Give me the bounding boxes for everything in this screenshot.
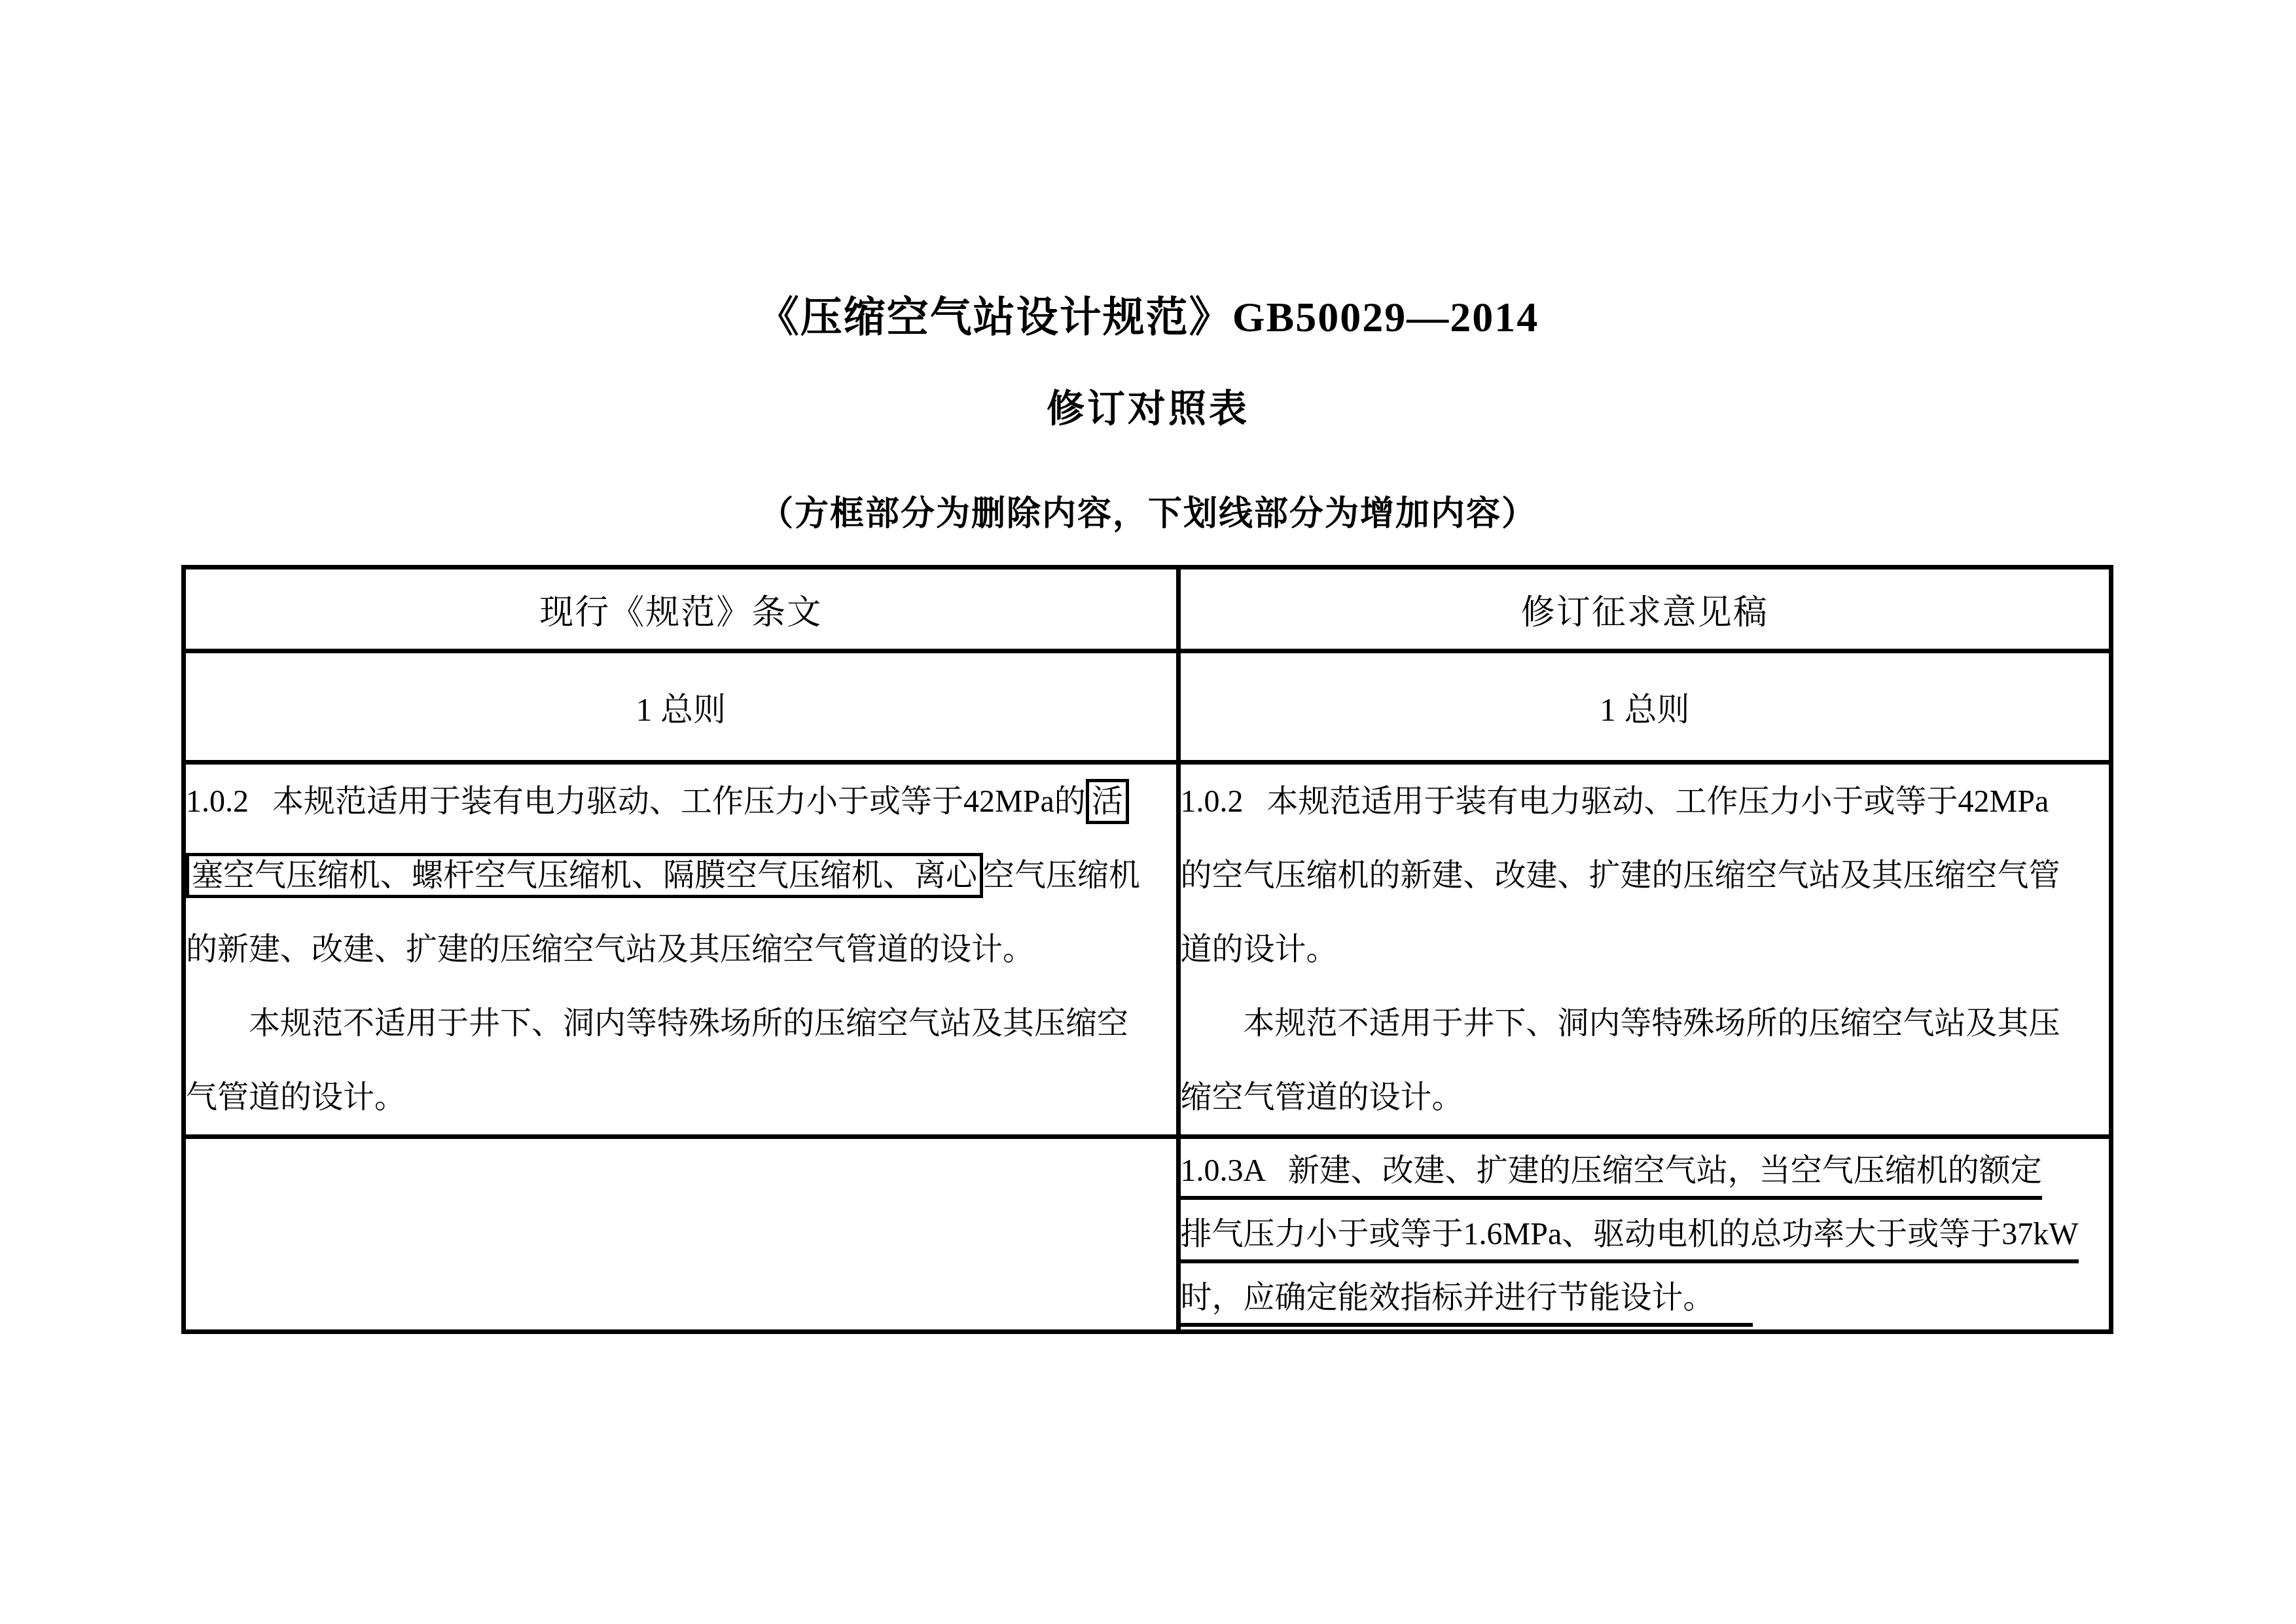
section-row: 1 总则 1 总则	[184, 651, 2111, 763]
clause-line: 时，应确定能效指标并进行节能设计。	[1181, 1266, 2109, 1329]
clause-line: 缩空气管道的设计。	[1181, 1060, 2109, 1134]
section-cell-current: 1 总则	[184, 651, 1179, 763]
page-subtitle: 修订对照表	[0, 388, 2296, 431]
clause-line: 气管道的设计。	[186, 1060, 1176, 1134]
page-title: 《压缩空气站设计规范》GB50029—2014	[0, 293, 2296, 342]
clause-line: 1.0.3A 新建、改建、扩建的压缩空气站，当空气压缩机的额定	[1181, 1139, 2109, 1202]
legend-note: （方框部分为删除内容，下划线部分为增加内容）	[0, 495, 2296, 534]
added-text-underlined: 时，应确定能效指标并进行节能设计。	[1181, 1272, 1753, 1327]
header-cell-current-code: 现行《规范》条文	[184, 568, 1179, 651]
header-cell-revision-draft: 修订征求意见稿	[1178, 568, 2111, 651]
added-text-underlined: 排气压力小于或等于1.6MPa、驱动电机的总功率大于或等于37kW	[1181, 1208, 2079, 1263]
clause-103a-revised-cell: 1.0.3A 新建、改建、扩建的压缩空气站，当空气压缩机的额定 排气压力小于或等…	[1178, 1137, 2111, 1332]
clause-line: 1.0.2 本规范适用于装有电力驱动、工作压力小于或等于42MPa的活	[186, 765, 1176, 839]
clause-line: 1.0.2 本规范适用于装有电力驱动、工作压力小于或等于42MPa	[1181, 765, 2109, 839]
clause-103a-current-cell-empty	[184, 1137, 1179, 1332]
clause-text: 空气压缩机	[983, 858, 1140, 893]
clause-103a-row: 1.0.3A 新建、改建、扩建的压缩空气站，当空气压缩机的额定 排气压力小于或等…	[184, 1137, 2111, 1332]
deleted-text-box: 塞空气压缩机、螺杆空气压缩机、隔膜空气压缩机、离心	[186, 853, 983, 898]
clause-line: 的新建、改建、扩建的压缩空气站及其压缩空气管道的设计。	[186, 912, 1176, 986]
clause-102-current-cell: 1.0.2 本规范适用于装有电力驱动、工作压力小于或等于42MPa的活 塞空气压…	[184, 763, 1179, 1137]
clause-text: 1.0.2 本规范适用于装有电力驱动、工作压力小于或等于42MPa的	[186, 784, 1086, 819]
clause-line: 道的设计。	[1181, 912, 2109, 986]
clause-line: 排气压力小于或等于1.6MPa、驱动电机的总功率大于或等于37kW	[1181, 1202, 2109, 1266]
document-page: 《压缩空气站设计规范》GB50029—2014 修订对照表 （方框部分为删除内容…	[0, 0, 2296, 1624]
deleted-text-box: 活	[1086, 779, 1129, 824]
clause-line: 塞空气压缩机、螺杆空气压缩机、隔膜空气压缩机、离心空气压缩机	[186, 839, 1176, 912]
added-text-underlined: 1.0.3A 新建、改建、扩建的压缩空气站，当空气压缩机的额定	[1181, 1145, 2042, 1200]
clause-102-revised-cell: 1.0.2 本规范适用于装有电力驱动、工作压力小于或等于42MPa 的空气压缩机…	[1178, 763, 2111, 1137]
section-cell-revised: 1 总则	[1178, 651, 2111, 763]
clause-line: 的空气压缩机的新建、改建、扩建的压缩空气站及其压缩空气管	[1181, 839, 2109, 912]
comparison-table-container: 现行《规范》条文 修订征求意见稿 1 总则 1 总则 1.0.2 本规范适用于装…	[181, 565, 2113, 1334]
comparison-table: 现行《规范》条文 修订征求意见稿 1 总则 1 总则 1.0.2 本规范适用于装…	[181, 565, 2113, 1334]
clause-line: 本规范不适用于井下、洞内等特殊场所的压缩空气站及其压缩空	[186, 986, 1176, 1060]
clause-line: 本规范不适用于井下、洞内等特殊场所的压缩空气站及其压	[1181, 986, 2109, 1060]
header-row: 现行《规范》条文 修订征求意见稿	[184, 568, 2111, 651]
clause-102-row: 1.0.2 本规范适用于装有电力驱动、工作压力小于或等于42MPa的活 塞空气压…	[184, 763, 2111, 1137]
